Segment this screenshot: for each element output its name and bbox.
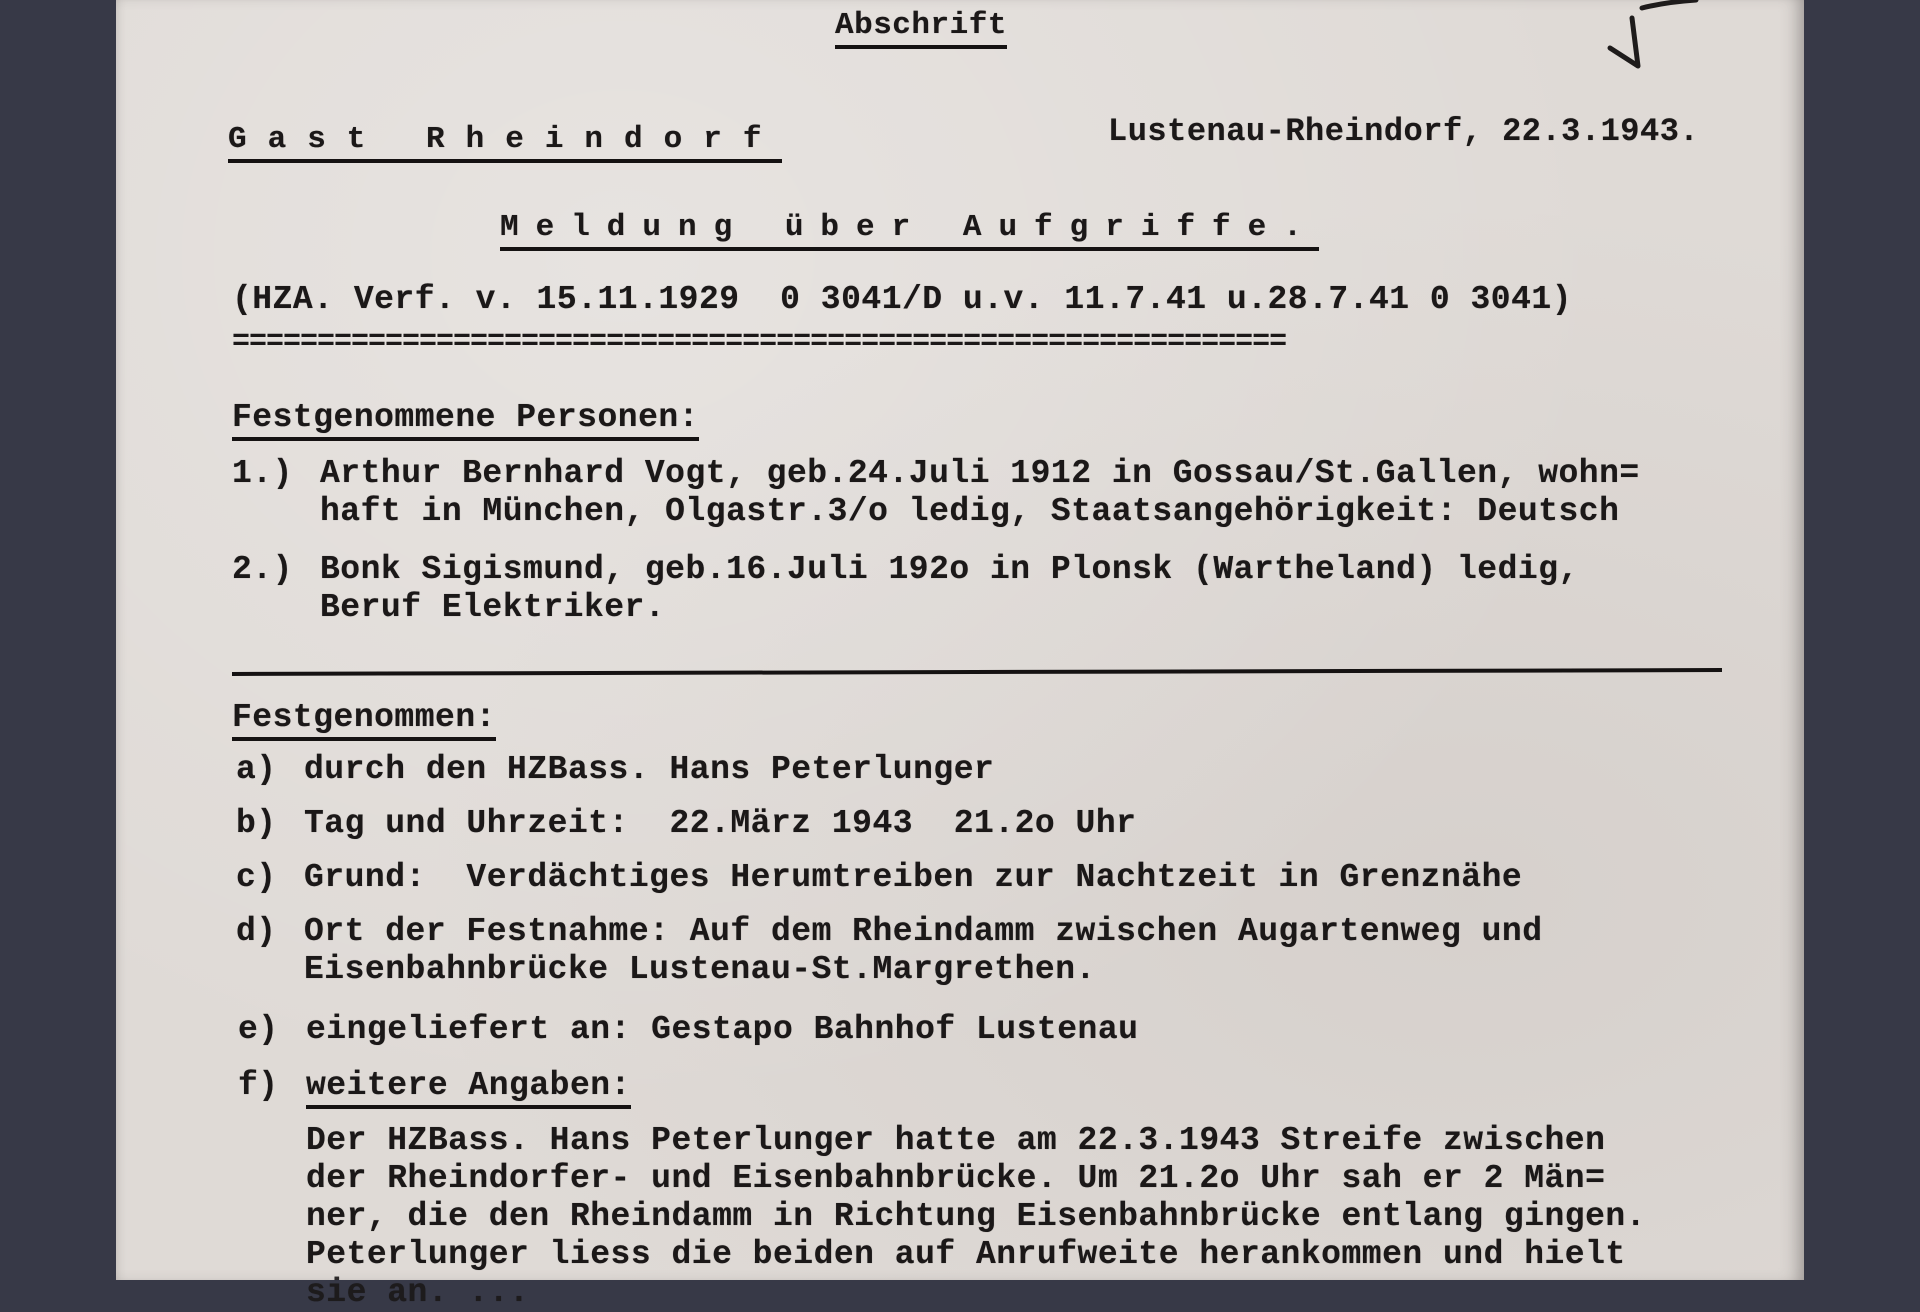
double-rule: ========================================… (232, 332, 1714, 352)
item-text: durch den HZBass. Hans Peterlunger (304, 752, 994, 788)
handwritten-checkmark-icon (1596, 0, 1716, 80)
person-line: Beruf Elektriker. (320, 590, 665, 626)
person-number: 2.) (232, 552, 293, 588)
report-title: Meldung über Aufgriffe. (500, 210, 1319, 251)
reference-line: (HZA. Verf. v. 15.11.1929 0 3041/D u.v. … (232, 282, 1572, 318)
paragraph-line: sie an. ... (306, 1274, 529, 1280)
section-divider (232, 668, 1722, 676)
item-letter: c) (236, 860, 277, 896)
item-text: weitere Angaben: (306, 1068, 631, 1109)
place-date: Lustenau-Rheindorf, 22.3.1943. (1108, 114, 1699, 150)
item-text: Eisenbahnbrücke Lustenau-St.Margrethen. (304, 952, 1096, 988)
person-line: haft in München, Olgastr.3/o ledig, Staa… (320, 494, 1619, 530)
copy-stamp: Abschrift (835, 8, 1007, 49)
item-text: eingeliefert an: Gestapo Bahnhof Lustena… (306, 1012, 1138, 1048)
persons-heading: Festgenommene Personen: (232, 400, 699, 441)
item-text: Grund: Verdächtiges Herumtreiben zur Nac… (304, 860, 1522, 896)
item-letter: a) (236, 752, 277, 788)
person-number: 1.) (232, 456, 293, 492)
item-letter: d) (236, 914, 277, 950)
document-page: Abschrift Gast Rheindorf Lustenau-Rheind… (116, 0, 1804, 1280)
paragraph-line: Peterlunger liess die beiden auf Anrufwe… (306, 1236, 1626, 1274)
item-letter: e) (238, 1012, 279, 1048)
item-letter: b) (236, 806, 277, 842)
item-text: Tag und Uhrzeit: 22.März 1943 21.2o Uhr (304, 806, 1136, 842)
arrest-heading: Festgenommen: (232, 700, 496, 741)
paragraph-line: ner, die den Rheindamm in Richtung Eisen… (306, 1198, 1646, 1236)
item-text: Ort der Festnahme: Auf dem Rheindamm zwi… (304, 914, 1543, 950)
item-letter: f) (238, 1068, 279, 1104)
paragraph-line: Der HZBass. Hans Peterlunger hatte am 22… (306, 1122, 1605, 1160)
paragraph-line: der Rheindorfer- und Eisenbahnbrücke. Um… (306, 1160, 1605, 1198)
person-line: Bonk Sigismund, geb.16.Juli 192o in Plon… (320, 552, 1579, 588)
person-line: Arthur Bernhard Vogt, geb.24.Juli 1912 i… (320, 456, 1640, 492)
sender-name: Gast Rheindorf (228, 122, 782, 163)
